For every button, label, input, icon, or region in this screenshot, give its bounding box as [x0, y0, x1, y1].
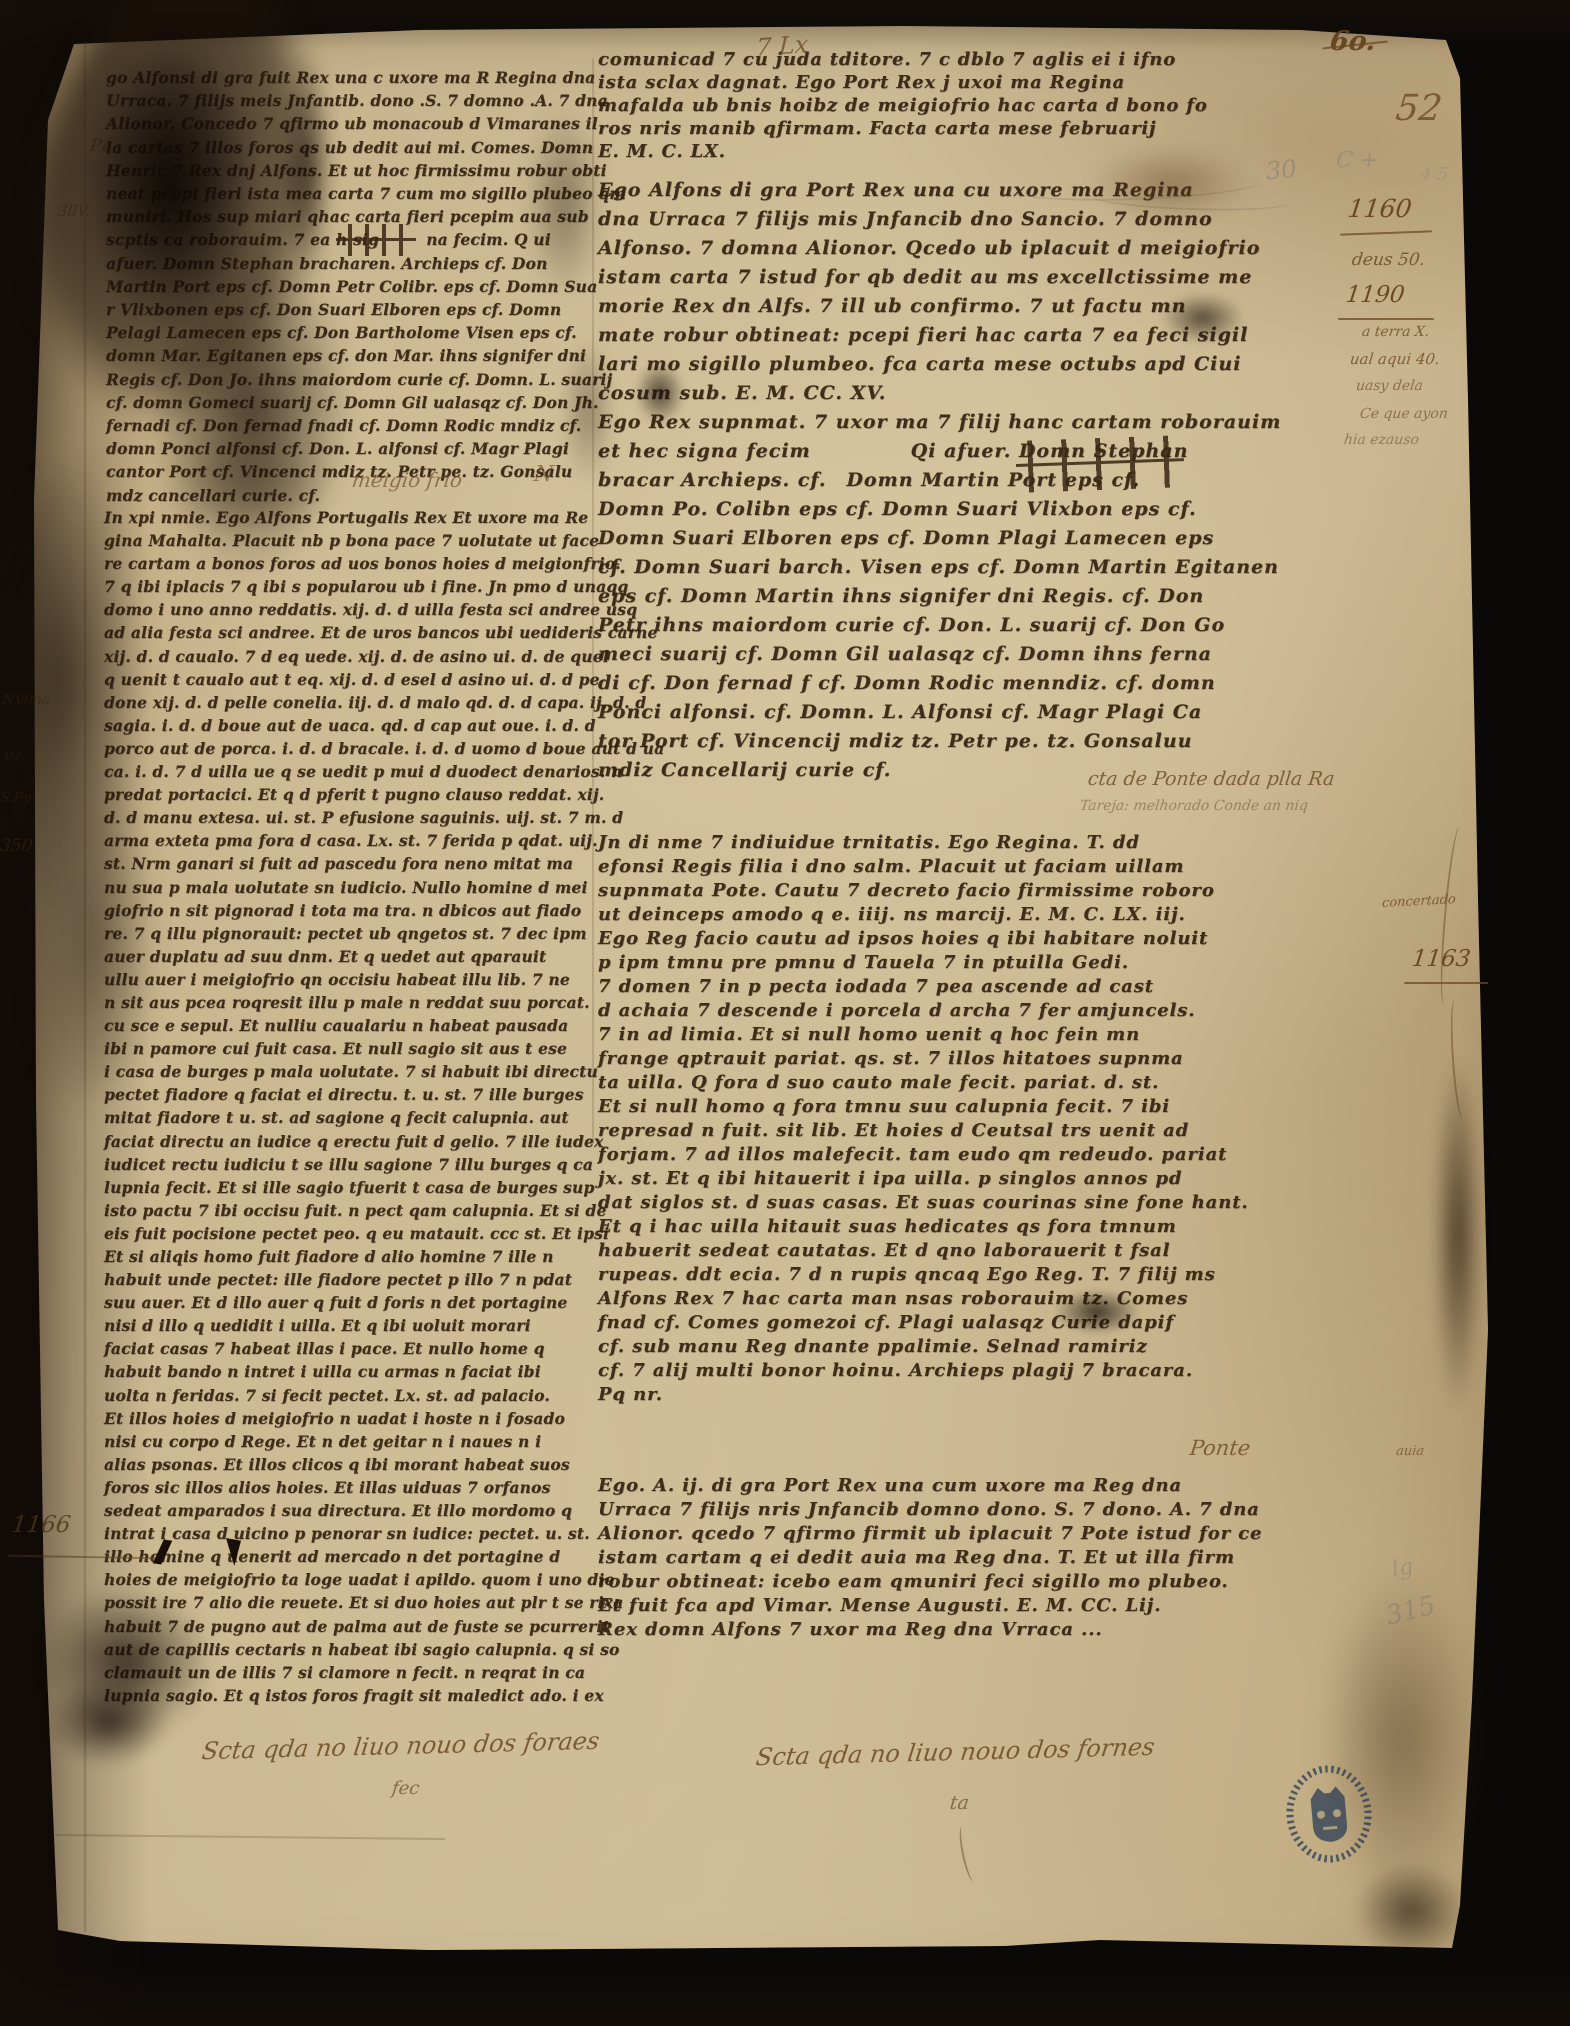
annotation-auia: auia [1395, 1444, 1425, 1459]
manuscript-text-line: done xij. d. d pelle conelia. iij. d. d … [104, 691, 604, 714]
manuscript-text-line: Jn di nme 7 indiuidue trnitatis. Ego Reg… [598, 831, 1358, 855]
annotation-carta-de-ponte: cta de Ponte dada plla Ra [1087, 768, 1336, 790]
manuscript-text-line: lupnia fecit. Et si ille sagio tfuerit t… [104, 1176, 604, 1199]
manuscript-text-line: gina Mahalta. Placuit nb p bona pace 7 u… [104, 529, 604, 552]
margin-note-hia: hia ezauso [1343, 432, 1420, 448]
manuscript-text-line: Ego. A. ij. di gra Port Rex una cum uxor… [598, 1474, 1364, 1498]
manuscript-text-line: E. M. C. LX. [598, 140, 1354, 163]
manuscript-text-line: dat siglos st. d suas casas. Et suas cou… [598, 1191, 1358, 1215]
margin-edge-note: 350 [0, 836, 34, 856]
folio-number: 52 [1393, 88, 1444, 129]
interlinear-mark-n: N [532, 462, 554, 487]
manuscript-text-line: Et fuit fca apd Vimar. Mense Augusti. E.… [598, 1594, 1364, 1618]
manuscript-text-line: ca. i. d. 7 d uilla ue q se uedit p mui … [104, 760, 604, 783]
manuscript-text-line: fnad cf. Comes gomezoi cf. Plagi ualasqz… [598, 1311, 1358, 1335]
manuscript-text-line: istam cartam q ei dedit auia ma Reg dna.… [598, 1546, 1364, 1570]
manuscript-text-line: nu sua p mala uolutate sn iudicio. Nullo… [104, 876, 604, 899]
manuscript-text-line: habuit 7 de pugno aut de palma aut de fu… [104, 1615, 604, 1638]
manuscript-text-line: porco aut de porca. i. d. d bracale. i. … [104, 737, 604, 760]
manuscript-text-line: Alfons Rex 7 hac carta man nsas roboraui… [598, 1287, 1358, 1311]
manuscript-text-line: predat portacici. Et q d pferit t pugno … [104, 783, 604, 806]
manuscript-text-line: nisi d illo q uedidit i uilla. Et q ibi … [104, 1314, 604, 1337]
interlinear-meigio-frio: meigio frio [351, 468, 464, 492]
manuscript-text-line: i casa de burges p mala uolutate. 7 si h… [104, 1060, 604, 1083]
manuscript-text-line: efonsi Regis filia i dno salm. Placuit u… [598, 855, 1358, 879]
manuscript-text-line: et hec signa fecim Qi afuer. Domn Stepha… [598, 437, 1354, 466]
manuscript-text-line: neat pcepi fieri ista mea carta 7 cum mo… [106, 182, 606, 205]
column-divider-line [592, 58, 594, 1144]
manuscript-text-line: habuit unde pectet: ille fiadore pectet … [104, 1268, 604, 1291]
manuscript-text-line: Et q i hac uilla hitauit suas hedicates … [598, 1215, 1358, 1239]
manuscript-text-line: xij. d. d caualo. 7 d eq uede. xij. d. d… [104, 645, 604, 668]
manuscript-text-line: Alfonso. 7 domna Alionor. Qcedo ub iplac… [598, 234, 1354, 263]
manuscript-text-line: go Alfonsi di gra fuit Rex una c uxore m… [106, 66, 606, 89]
manuscript-text-line: ut deinceps amodo q e. iiij. ns marcij. … [598, 903, 1358, 927]
left-column-charter-witness-list: go Alfonsi di gra fuit Rex una c uxore m… [106, 66, 606, 507]
manuscript-text-line: lupnia sagio. Et q istos foros fragit si… [104, 1684, 604, 1707]
signum-mark-left [348, 224, 406, 256]
manuscript-text-line: possit ire 7 alio die reuete. Et si duo … [104, 1591, 604, 1614]
manuscript-text-line: bracar Archieps. cf. Domn Martin Port ep… [598, 466, 1354, 495]
manuscript-text-line: Alionor. Concedo 7 qfirmo ub monacoub d … [106, 112, 606, 135]
top-center-quire-mark: 7 Lx [755, 30, 809, 62]
manuscript-text-line: Urraca 7 filijs nris Jnfancib domno dono… [598, 1498, 1364, 1522]
manuscript-text-line: 7 domen 7 in p pecta iodada 7 pea ascend… [598, 975, 1358, 999]
manuscript-text-line: n sit aus pcea roqresit illu p male n re… [104, 991, 604, 1014]
manuscript-text-line: st. Nrm ganari si fuit ad pascedu fora n… [104, 852, 604, 875]
manuscript-text-line: represad n fuit. sit lib. Et hoies d Ceu… [598, 1119, 1358, 1143]
annotation-tareja: Tareja: melhorado Conde an niq [1079, 798, 1309, 814]
manuscript-text-line: re cartam a bonos foros ad uos bonos hoi… [104, 552, 604, 575]
manuscript-text-line: eps cf. Domn Martin ihns signifer dni Re… [598, 582, 1354, 611]
margin-mark-pq: Pq [89, 136, 114, 156]
manuscript-text-line: isto pactu 7 ibi occisu fuit. n pect qam… [104, 1199, 604, 1222]
manuscript-text-line: nisi cu corpo d Rege. Et n det geitar n … [104, 1430, 604, 1453]
manuscript-text-line: Martin Port eps cf. Domn Petr Colibr. ep… [106, 275, 606, 298]
manuscript-text-line: iudicet rectu iudiciu t se illu sagione … [104, 1153, 604, 1176]
manuscript-text-line: illo homine q uenerit ad mercado n det p… [104, 1545, 604, 1568]
manuscript-text-line: mafalda ub bnis hoibz de meigiofrio hac … [598, 94, 1354, 117]
margin-note-ual-aqui: ual aqui 40. [1349, 350, 1441, 368]
manuscript-text-line: p ipm tmnu pre pmnu d Tauela 7 in ptuill… [598, 951, 1358, 975]
right-column-charter-ending: comunicad 7 cu juda tditore. 7 c dblo 7 … [598, 48, 1354, 163]
manuscript-text-line: d achaia 7 descende i porcela d archa 7 … [598, 999, 1358, 1023]
manuscript-text-line: auer duplatu ad suu dnm. Et q uedet aut … [104, 945, 604, 968]
manuscript-text-line: cf. Domn Suari barch. Visen eps cf. Domn… [598, 553, 1354, 582]
manuscript-text-line: ibi n pamore cui fuit casa. Et null sagi… [104, 1037, 604, 1060]
manuscript-text-line: r Vlixbonen eps cf. Don Suari Elboren ep… [106, 298, 606, 321]
manuscript-text-line: cf. sub manu Reg dnante ppalimie. Selnad… [598, 1335, 1358, 1359]
right-column-queen-teresa-charter: Jn di nme 7 indiuidue trnitatis. Ego Reg… [598, 831, 1358, 1407]
manuscript-text-line: uolta n feridas. 7 si fecit pectet. Lx. … [104, 1384, 604, 1407]
manuscript-text-line: Ego Rex supnmat. 7 uxor ma 7 filij hanc … [598, 408, 1354, 437]
manuscript-text-line: habuerit sedeat cautatas. Et d qno labor… [598, 1239, 1358, 1263]
manuscript-text-line: ta uilla. Q fora d suo cauto male fecit.… [598, 1071, 1358, 1095]
manuscript-text-line: habuit bando n intret i uilla cu armas n… [104, 1360, 604, 1383]
manuscript-text-line: di cf. Don fernad f cf. Domn Rodic mennd… [598, 669, 1354, 698]
manuscript-text-line: comunicad 7 cu juda tditore. 7 c dblo 7 … [598, 48, 1354, 71]
manuscript-text-line: foros sic illos alios hoies. Et illas ui… [104, 1476, 604, 1499]
manuscript-text-line: alias psonas. Et illos clicos q ibi mora… [104, 1453, 604, 1476]
manuscript-text-line: pectet fiadore q faciat ei directu. t. u… [104, 1083, 604, 1106]
margin-mark-iiv: 3llV. [57, 202, 91, 220]
manuscript-text-line: istam carta 7 istud for qb dedit au ms e… [598, 263, 1354, 292]
manuscript-text-line: Alionor. qcedo 7 qfirmo firmit ub iplacu… [598, 1522, 1364, 1546]
pencil-cross-mark: C + [1334, 148, 1379, 173]
manuscript-text-line: Ponci alfonsi. cf. Domn. L. Alfonsi cf. … [598, 698, 1354, 727]
margin-edge-note: yo [3, 746, 21, 762]
pencil-faint-mark: 4 5 [1419, 164, 1450, 185]
manuscript-text-line: mitat fiadore t u. st. ad sagione q feci… [104, 1106, 604, 1129]
annotation-ponte: Ponte [1189, 1436, 1252, 1460]
manuscript-text-line: Pq nr. [598, 1383, 1358, 1407]
manuscript-text-line: Domn Suari Elboren eps cf. Domn Plagi La… [598, 524, 1354, 553]
manuscript-text-line: 7 in ad limia. Et si null homo uenit q h… [598, 1023, 1358, 1047]
manuscript-text-line: Henric 7 Rex dnj Alfons. Et ut hoc firmi… [106, 159, 606, 182]
manuscript-text-line: cosum sub. E. M. CC. XV. [598, 379, 1354, 408]
archive-stamp [1278, 1758, 1381, 1870]
manuscript-text-line: hoies de meigiofrio ta loge uadat i apil… [104, 1568, 604, 1591]
manuscript-text-line: supnmata Pote. Cautu 7 decreto facio fir… [598, 879, 1358, 903]
manuscript-text-line: la cartas 7 illos foros qs ub dedit aui … [106, 136, 606, 159]
manuscript-text-line: faciat casas 7 habeat illas i pace. Et n… [104, 1337, 604, 1360]
manuscript-photograph: go Alfonsi di gra fuit Rex una c uxore m… [0, 0, 1570, 2026]
margin-year-1160: 1160 [1346, 194, 1413, 223]
manuscript-text-line: aut de capillis cectaris n habeat ibi sa… [104, 1638, 604, 1661]
margin-note-deus: deus 50. [1351, 250, 1427, 270]
manuscript-text-line: eis fuit pocisione pectet peo. q eu mata… [104, 1222, 604, 1245]
margin-note-terra: a terra X. [1361, 324, 1430, 340]
manuscript-text-line: ullu auer i meigiofrio qn occisiu habeat… [104, 968, 604, 991]
manuscript-text-line: ad alia festa sci andree. Et de uros ban… [104, 621, 604, 644]
manuscript-text-line: domn Mar. Egitanen eps cf. don Mar. ihns… [106, 344, 606, 367]
manuscript-text-line: d. d manu extesa. ui. st. P efusione sag… [104, 806, 604, 829]
manuscript-text-line: Petr ihns maiordom curie cf. Don. L. sua… [598, 611, 1354, 640]
right-column-confirmation-charter: Ego Alfons di gra Port Rex una cu uxore … [598, 176, 1354, 785]
archive-stamp-seal [1278, 1758, 1381, 1870]
margin-note-dela: uasy dela [1355, 378, 1424, 394]
manuscript-text-line: faciat directu an iudice q erectu fuit d… [104, 1130, 604, 1153]
manuscript-text-line: ista sclax dagnat. Ego Port Rex j uxoi m… [598, 71, 1354, 94]
manuscript-text-line: 7 q ibi iplacis 7 q ibi s popularou ub i… [104, 575, 604, 598]
manuscript-text-line: arma exteta pma fora d casa. Lx. st. 7 f… [104, 829, 604, 852]
pencil-mark-lg: lg [1390, 1554, 1415, 1582]
manuscript-text-line: Et si aliqis homo fuit fiadore d alio ho… [104, 1245, 604, 1268]
manuscript-text-line: Pelagi Lamecen eps cf. Don Bartholome Vi… [106, 321, 606, 344]
manuscript-text-line: mate robur obtineat: pcepi fieri hac car… [598, 321, 1354, 350]
margin-edge-note: S.Py [0, 790, 32, 806]
manuscript-text-line: fernadi cf. Don fernad fnadi cf. Domn Ro… [106, 414, 606, 437]
manuscript-text-line: jx. st. Et q ibi hitauerit i ipa uilla. … [598, 1167, 1358, 1191]
manuscript-text-line: Domn Po. Colibn eps cf. Domn Suari Vlixb… [598, 495, 1354, 524]
manuscript-text-line: forjam. 7 ad illos malefecit. tam eudo q… [598, 1143, 1358, 1167]
manuscript-text-line: Urraca. 7 filijs meis Jnfantib. dono .S.… [106, 89, 606, 112]
manuscript-text-line: robur obtineat: icebo eam qmuniri feci s… [598, 1570, 1364, 1594]
manuscript-text-line: Ego Reg facio cautu ad ipsos hoies q ibi… [598, 927, 1358, 951]
footnote-left-word: fec [391, 1778, 421, 1799]
manuscript-text-line: re. 7 q illu pignorauit: pectet ub qnget… [104, 922, 604, 945]
margin-note-ceque: Ce que ayon [1359, 406, 1449, 422]
manuscript-text-line: giofrio n sit pignorad i tota ma tra. n … [104, 899, 604, 922]
margin-year-1190: 1190 [1344, 282, 1406, 308]
margin-year-1166: 1166 [10, 1512, 72, 1538]
signum-crossbar [336, 238, 416, 241]
manuscript-text-line: domn Ponci alfonsi cf. Don. L. alfonsi c… [106, 437, 606, 460]
manuscript-text-line: suu auer. Et d illo auer q fuit d foris … [104, 1291, 604, 1314]
margin-underline [1338, 318, 1434, 320]
manuscript-text-line: tor Port cf. Vincencij mdiz tz. Petr pe.… [598, 727, 1354, 756]
manuscript-text-line: q uenit t caualo aut t eq. xij. d. d ese… [104, 668, 604, 691]
manuscript-text-line: cf. domn Gomeci suarij cf. Domn Gil uala… [106, 391, 606, 414]
manuscript-text-line: clamauit un de illis 7 si clamore n feci… [104, 1661, 604, 1684]
manuscript-text-line: Regis cf. Don Jo. ihns maiordom curie cf… [106, 368, 606, 391]
manuscript-text-line: meci suarij cf. Domn Gil ualasqz cf. Dom… [598, 640, 1354, 669]
pencil-number-30: 30 [1265, 154, 1298, 185]
manuscript-text-line: rupeas. ddt ecia. 7 d n rupis qncaq Ego … [598, 1263, 1358, 1287]
gutter-fold-line [84, 42, 86, 1932]
manuscript-text-line: morie Rex dn Alfs. 7 ill ub confirmo. 7 … [598, 292, 1354, 321]
manuscript-text-line: domo i uno anno reddatis. xij. d. d uill… [104, 598, 604, 621]
manuscript-text-line: sedeat amparados i sua directura. Et ill… [104, 1499, 604, 1522]
footnote-right-word: ta [949, 1792, 971, 1814]
margin-edge-note: NVima [1, 692, 51, 708]
manuscript-text-line: Rex domn Alfons 7 uxor ma Reg dna Vrraca… [598, 1618, 1364, 1642]
manuscript-text-line: Et illos hoies d meigiofrio n uadat i ho… [104, 1407, 604, 1430]
manuscript-text-line: cf. 7 alij multi bonor hoinu. Archieps p… [598, 1359, 1358, 1383]
manuscript-text-line: sagia. i. d. d boue aut de uaca. qd. d c… [104, 714, 604, 737]
manuscript-text-line: Et si null homo q fora tmnu suu calupnia… [598, 1095, 1358, 1119]
manuscript-text-line: ros nris manib qfirmam. Facta carta mese… [598, 117, 1354, 140]
left-column-foral-text: In xpi nmie. Ego Alfons Portugalis Rex E… [104, 506, 604, 1707]
manuscript-text-line: cu sce e sepul. Et nulliu caualariu n ha… [104, 1014, 604, 1037]
manuscript-text-line: intrat i casa d uicino p penorar sn iudi… [104, 1522, 604, 1545]
manuscript-text-line: lari mo sigillo plumbeo. fca carta mese … [598, 350, 1354, 379]
right-column-final-charter: Ego. A. ij. di gra Port Rex una cum uxor… [598, 1474, 1364, 1642]
signum-mark-right [1027, 435, 1175, 492]
manuscript-text-line: frange qptrauit pariat. qs. st. 7 illos … [598, 1047, 1358, 1071]
manuscript-text-line: In xpi nmie. Ego Alfons Portugalis Rex E… [104, 506, 604, 529]
